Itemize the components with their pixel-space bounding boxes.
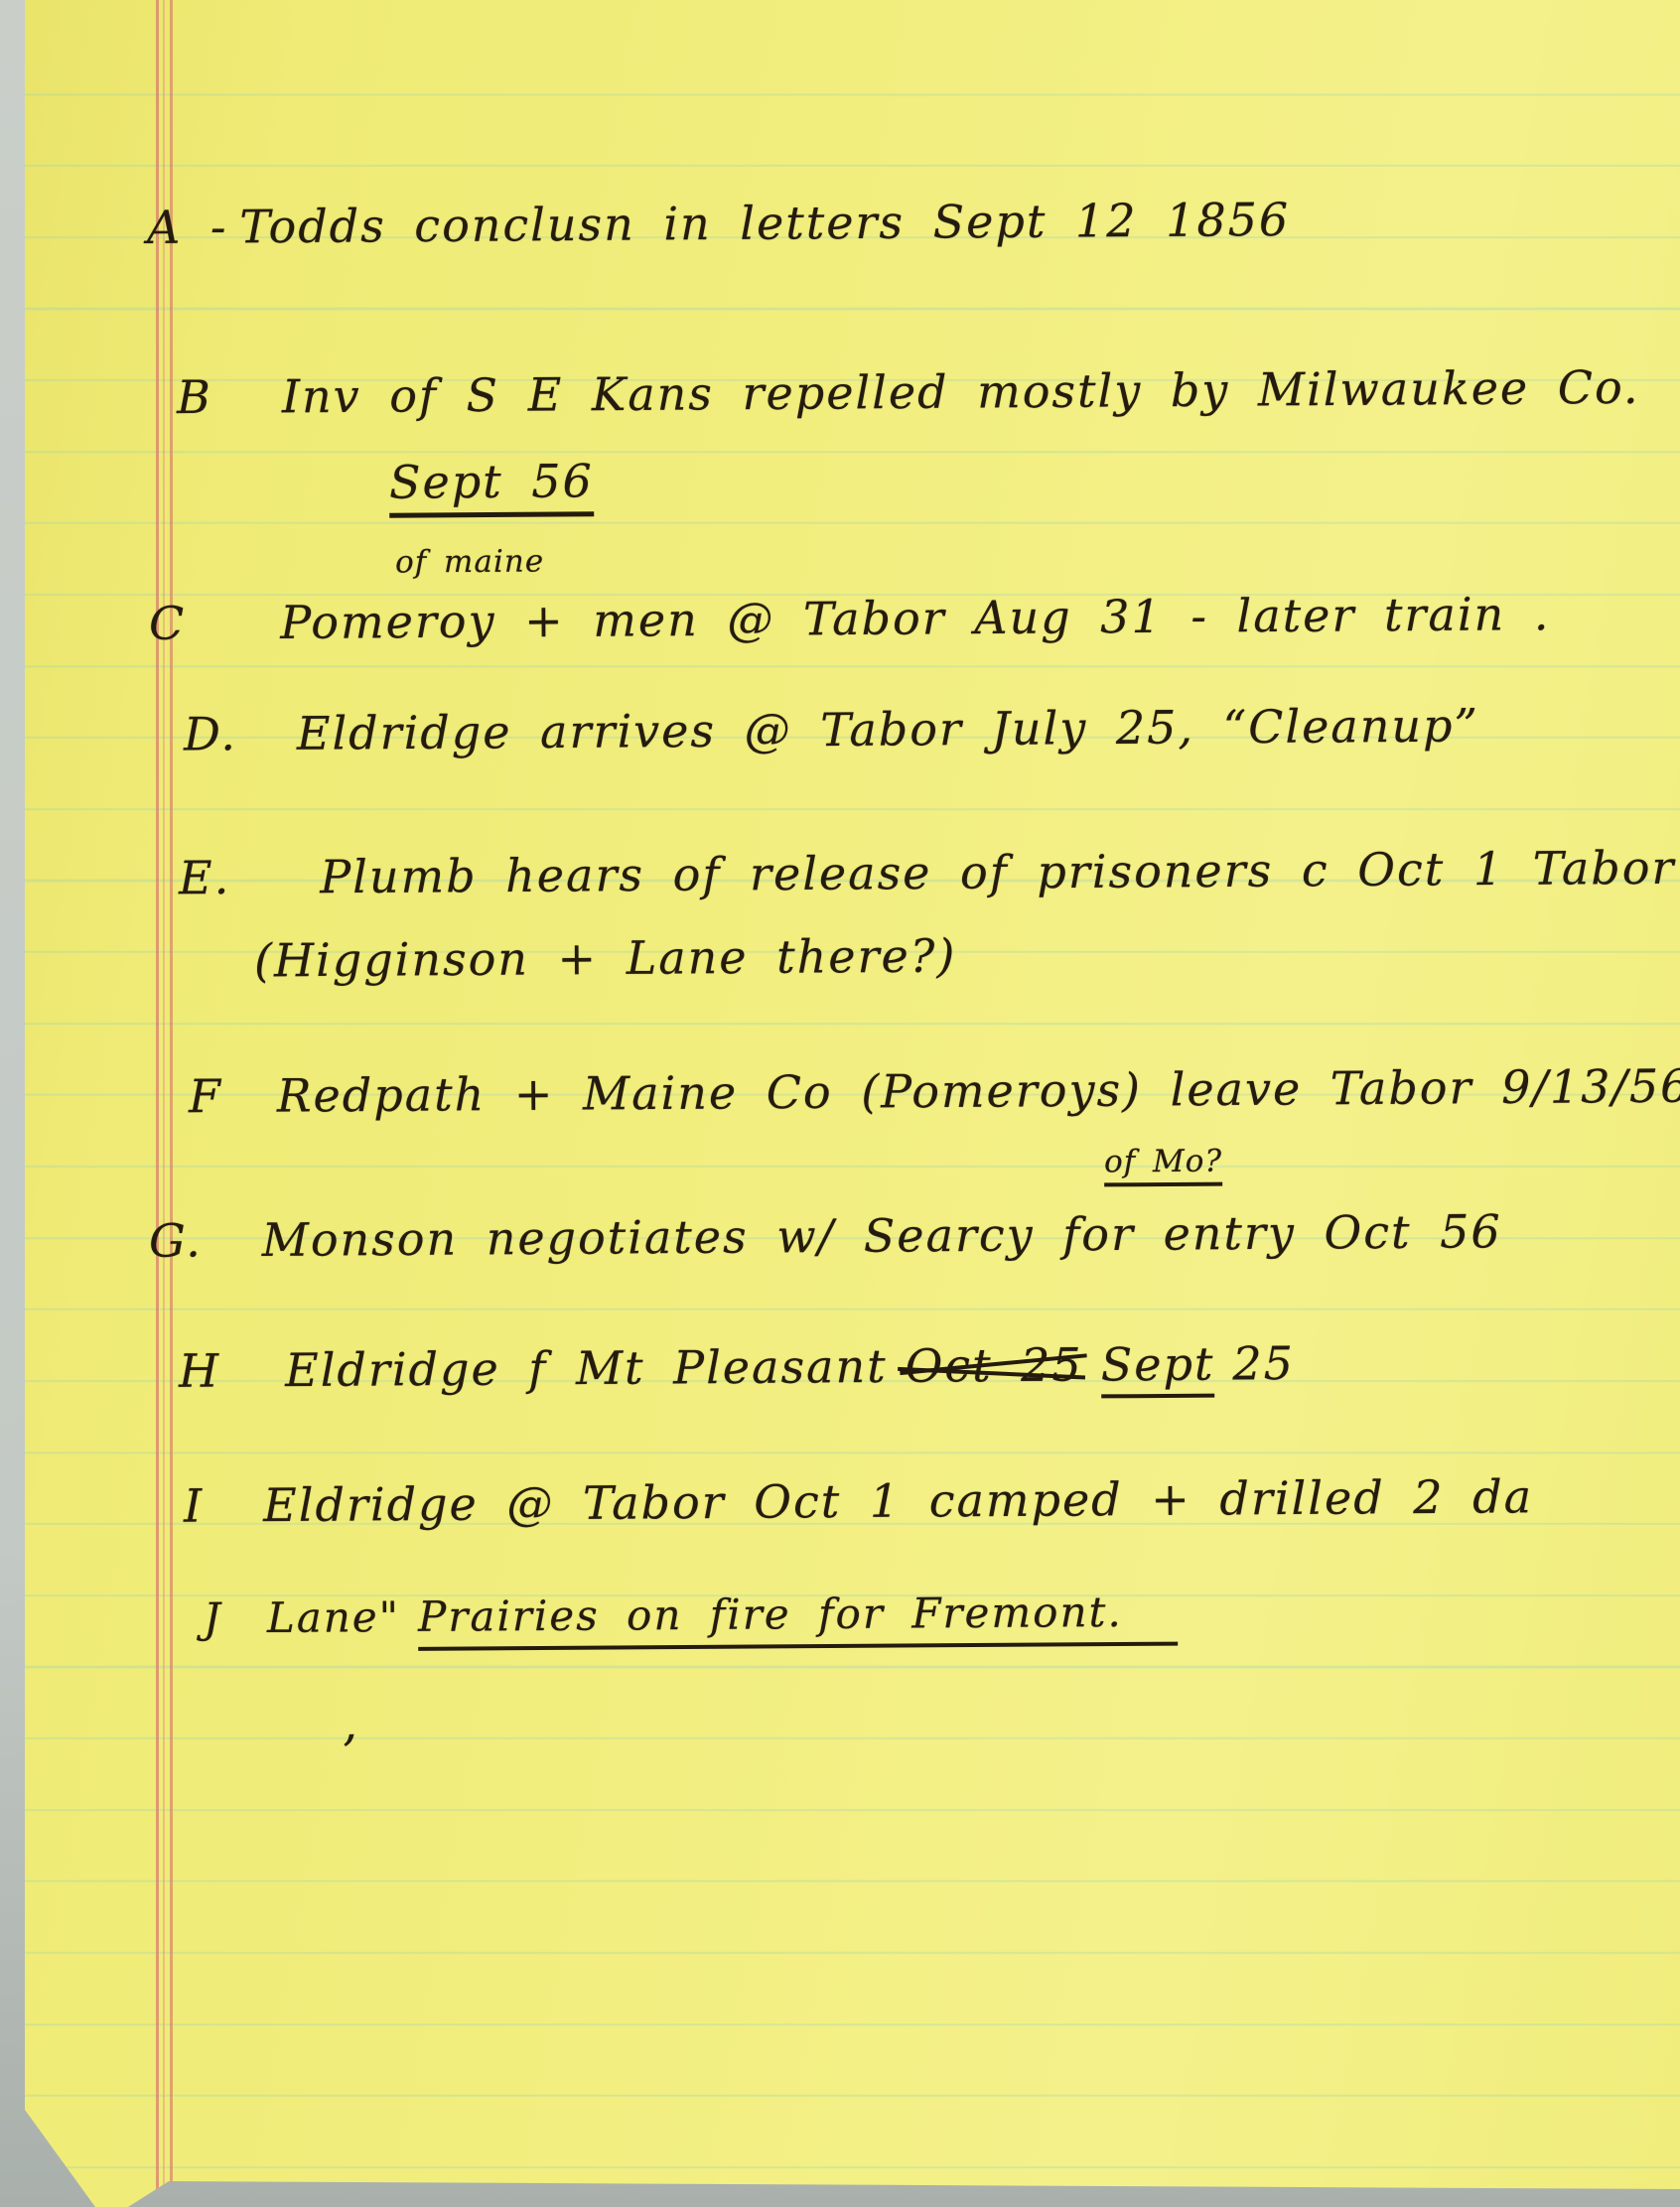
underlined-text: Prairies on fire for Fremont. xyxy=(418,1587,1178,1651)
note-line-c-insertion: of maine xyxy=(395,543,544,580)
underlined-text: Sept xyxy=(1101,1337,1215,1399)
line-text: Redpath + Maine Co (Pomeroys) leave Tabo… xyxy=(277,1059,1680,1123)
line-label: I xyxy=(184,1479,205,1533)
note-line-e: E.Plumb hears of release of prisoners c … xyxy=(179,841,1676,905)
struck-text: Oct 25 xyxy=(905,1338,1082,1393)
line-text: Eldridge @ Tabor Oct 1 camped + drilled … xyxy=(263,1469,1533,1532)
line-label: F xyxy=(189,1069,222,1123)
note-line-b-subline: Sept 56 xyxy=(389,454,594,508)
note-line-j: JLane"Prairies on fire for Fremont. xyxy=(204,1587,1178,1643)
margin-line xyxy=(170,0,173,2207)
margin-line xyxy=(163,0,165,2207)
notepad-paper: A -Todds conclusn in letters Sept 12 185… xyxy=(0,0,1680,2207)
inserted-text: of maine xyxy=(395,543,544,580)
line-text: Pomeroy + men @ Tabor Aug 31 - later tra… xyxy=(280,587,1551,649)
line-label: D. xyxy=(184,707,237,760)
line-label: E. xyxy=(179,851,231,904)
note-line-f: FRedpath + Maine Co (Pomeroys) leave Tab… xyxy=(189,1059,1680,1124)
note-line-e-subline: (Higginson + Lane there?) xyxy=(254,929,957,988)
stray-mark: ’ xyxy=(342,1725,359,1781)
line-label: B xyxy=(177,370,212,424)
note-line-d: D.Eldridge arrives @ Tabor July 25, “Cle… xyxy=(184,698,1479,760)
line-text: 25 xyxy=(1232,1336,1295,1390)
line-text: Eldridge f Mt Pleasant xyxy=(285,1339,888,1397)
line-text: Inv of S E Kans repelled mostly by Milwa… xyxy=(282,360,1640,424)
line-text: Plumb hears of release of prisoners c Oc… xyxy=(320,841,1676,904)
line-text: (Higginson + Lane there?) xyxy=(254,929,957,988)
line-label: J xyxy=(204,1593,222,1642)
inserted-text: of Mo? xyxy=(1104,1144,1222,1187)
line-label: A - xyxy=(147,200,228,254)
note-line-i: IEldridge @ Tabor Oct 1 camped + drilled… xyxy=(184,1469,1533,1532)
line-label: G. xyxy=(149,1213,203,1267)
note-line-a: A -Todds conclusn in letters Sept 12 185… xyxy=(147,193,1291,254)
line-label: H xyxy=(179,1344,221,1398)
note-line-g-insertion: of Mo? xyxy=(1104,1144,1222,1180)
line-text: Todds conclusn in letters Sept 12 1856 xyxy=(239,193,1290,253)
note-line-h: HEldridge f Mt PleasantOct 25Sept25 xyxy=(179,1336,1295,1398)
line-text: Lane" xyxy=(267,1592,400,1642)
margin-line xyxy=(156,0,159,2207)
note-line-c: CPomeroy + men @ Tabor Aug 31 - later tr… xyxy=(149,587,1551,650)
line-text: Eldridge arrives @ Tabor July 25, “Clean… xyxy=(297,698,1479,759)
note-line-b: BInv of S E Kans repelled mostly by Milw… xyxy=(177,360,1640,424)
line-text: Monson negotiates w/ Searcy for entry Oc… xyxy=(262,1204,1502,1267)
note-line-g: G.Monson negotiates w/ Searcy for entry … xyxy=(149,1204,1502,1268)
underlined-text: Sept 56 xyxy=(389,454,594,517)
line-label: C xyxy=(149,597,187,650)
